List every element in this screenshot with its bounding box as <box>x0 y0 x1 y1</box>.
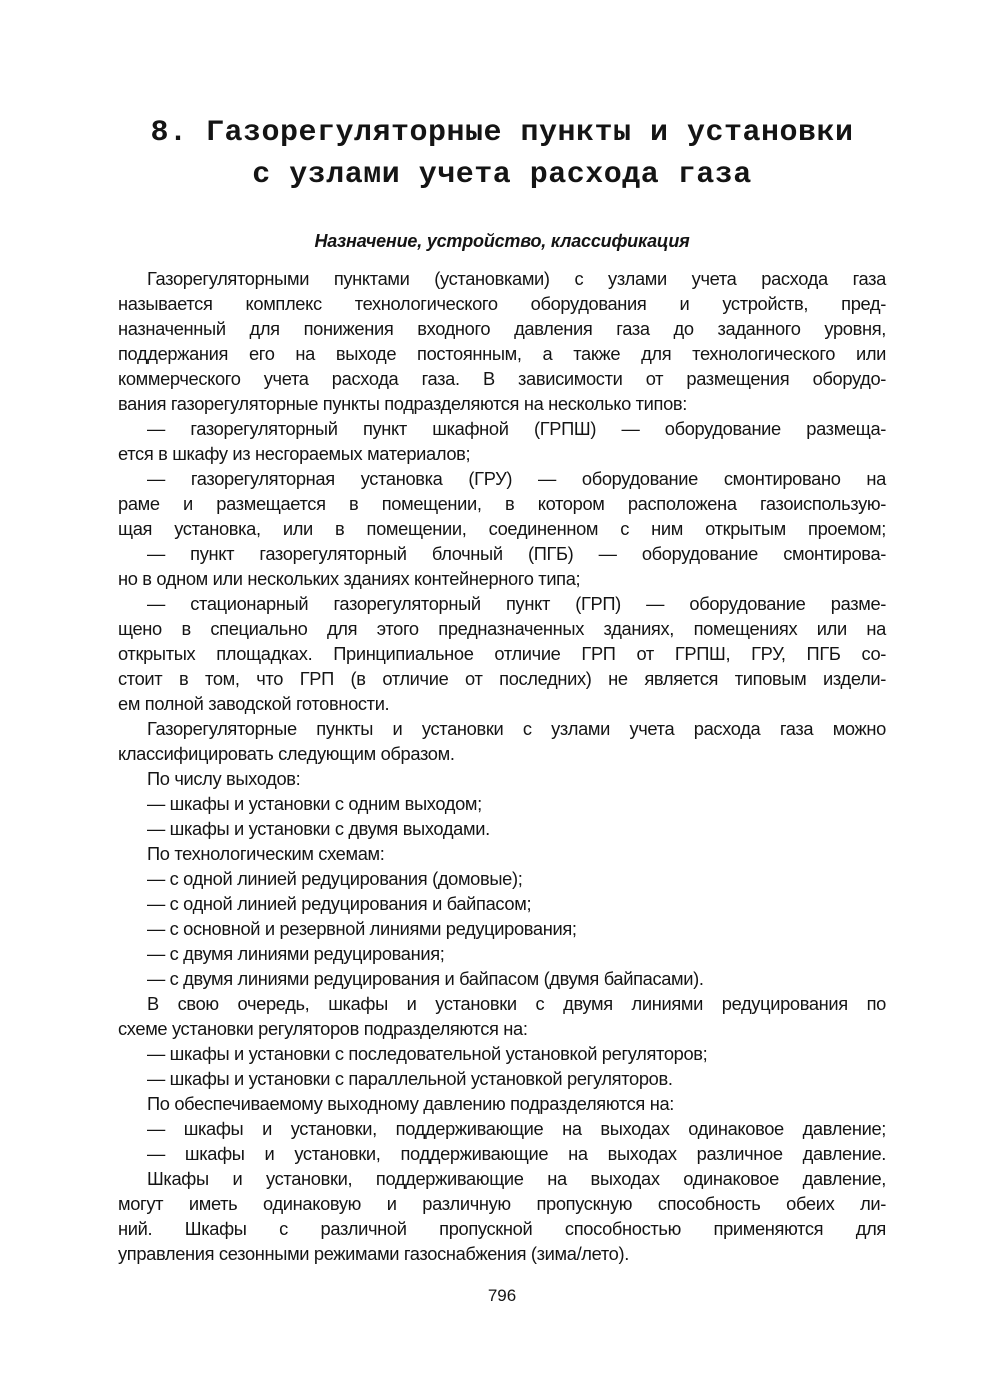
body-line: Шкафы и установки, поддерживающие на вых… <box>118 1166 886 1191</box>
body-line: ний. Шкафы с различной пропускной способ… <box>118 1216 886 1241</box>
body-line: — с двумя линиями редуцирования; <box>118 941 886 966</box>
section-title: Назначение, устройство, классификация <box>0 228 1004 254</box>
body-text: Газорегуляторными пунктами (установками)… <box>118 266 886 1266</box>
body-line: щая установка, или в помещении, соединен… <box>118 516 886 541</box>
body-line: коммерческого учета расхода газа. В зави… <box>118 366 886 391</box>
body-line: — шкафы и установки, поддерживающие на в… <box>118 1141 886 1166</box>
body-line: Газорегуляторными пунктами (установками)… <box>118 266 886 291</box>
body-line: вания газорегуляторные пункты подразделя… <box>118 391 886 416</box>
body-line: называется комплекс технологического обо… <box>118 291 886 316</box>
body-line: но в одном или нескольких зданиях контей… <box>118 566 886 591</box>
page-number: 796 <box>0 1284 1004 1308</box>
body-line: раме и размещается в помещении, в которо… <box>118 491 886 516</box>
body-line: — с основной и резервной линиями редуцир… <box>118 916 886 941</box>
body-line: По обеспечиваемому выходному давлению по… <box>118 1091 886 1116</box>
body-line: — шкафы и установки с двумя выходами. <box>118 816 886 841</box>
body-line: — с двумя линиями редуцирования и байпас… <box>118 966 886 991</box>
chapter-title-line-1: 8. Газорегуляторные пункты и установки <box>0 112 1004 154</box>
body-line: могут иметь одинаковую и различную пропу… <box>118 1191 886 1216</box>
body-line: ем полной заводской готовности. <box>118 691 886 716</box>
body-line: схеме установки регуляторов подразделяют… <box>118 1016 886 1041</box>
body-line: По числу выходов: <box>118 766 886 791</box>
body-line: — газорегуляторный пункт шкафной (ГРПШ) … <box>118 416 886 441</box>
body-line: щено в специально для этого предназначен… <box>118 616 886 641</box>
body-line: назначенный для понижения входного давле… <box>118 316 886 341</box>
body-line: В свою очередь, шкафы и установки с двум… <box>118 991 886 1016</box>
chapter-title: 8. Газорегуляторные пункты и установки с… <box>0 112 1004 196</box>
body-line: — с одной линией редуцирования (домовые)… <box>118 866 886 891</box>
body-line: ется в шкафу из несгораемых материалов; <box>118 441 886 466</box>
body-line: — шкафы и установки с последовательной у… <box>118 1041 886 1066</box>
body-line: — шкафы и установки с параллельной устан… <box>118 1066 886 1091</box>
body-line: классифицировать следующим образом. <box>118 741 886 766</box>
body-line: — с одной линией редуцирования и байпасо… <box>118 891 886 916</box>
body-line: открытых площадках. Принципиальное отлич… <box>118 641 886 666</box>
body-line: По технологическим схемам: <box>118 841 886 866</box>
body-line: поддержания его на выходе постоянным, а … <box>118 341 886 366</box>
body-line: Газорегуляторные пункты и установки с уз… <box>118 716 886 741</box>
book-page: 8. Газорегуляторные пункты и установки с… <box>0 0 1004 1388</box>
body-line: — шкафы и установки, поддерживающие на в… <box>118 1116 886 1141</box>
body-line: — газорегуляторная установка (ГРУ) — обо… <box>118 466 886 491</box>
body-line: — пункт газорегуляторный блочный (ПГБ) —… <box>118 541 886 566</box>
body-line: — стационарный газорегуляторный пункт (Г… <box>118 591 886 616</box>
chapter-title-line-2: с узлами учета расхода газа <box>0 154 1004 196</box>
body-line: управления сезонными режимами газоснабже… <box>118 1241 886 1266</box>
body-line: — шкафы и установки с одним выходом; <box>118 791 886 816</box>
body-line: стоит в том, что ГРП (в отличие от после… <box>118 666 886 691</box>
